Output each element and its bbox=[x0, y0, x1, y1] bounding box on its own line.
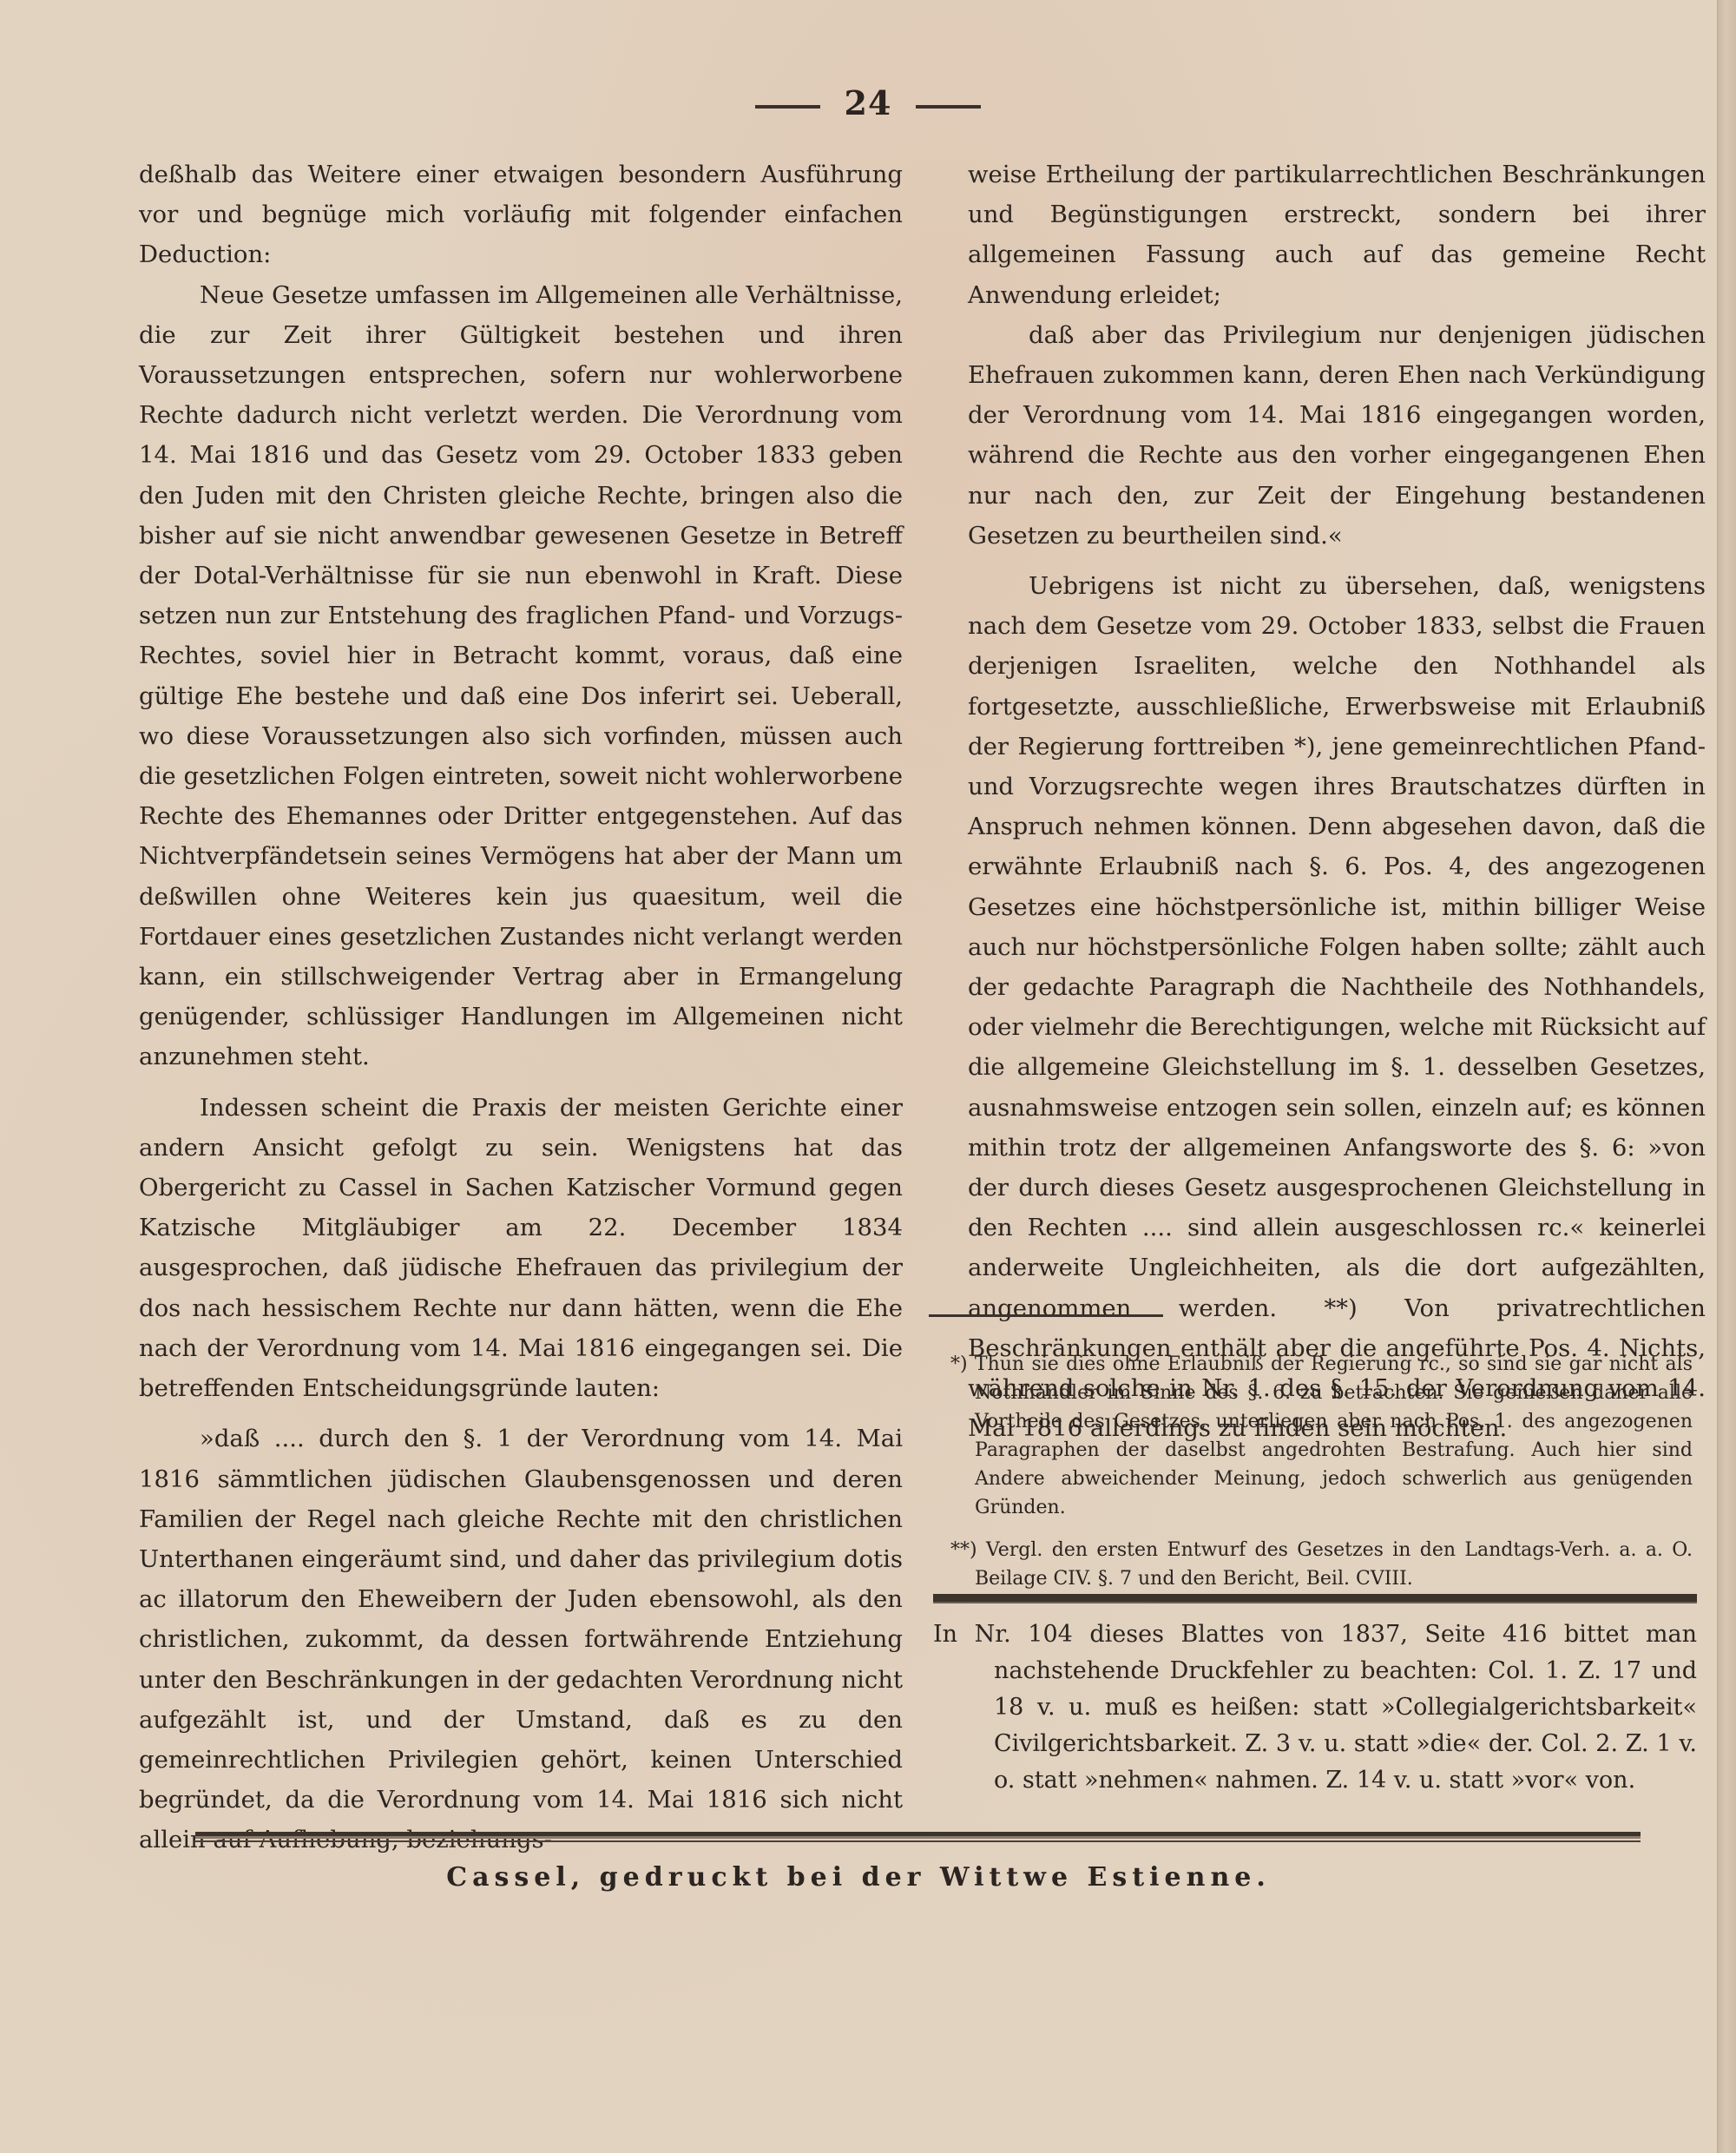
header-rule-right bbox=[916, 105, 981, 109]
footnotes: *) Thun sie dies ohne Erlaubniß der Regi… bbox=[950, 1350, 1693, 1607]
left-column: deßhalb das Weitere einer etwaigen beson… bbox=[139, 155, 903, 1860]
paragraph: Indessen scheint die Praxis der meisten … bbox=[139, 1088, 903, 1409]
page-edge bbox=[1717, 0, 1736, 2153]
quoted-paragraph: »daß .... durch den §. 1 der Verordnung … bbox=[139, 1419, 903, 1860]
right-column: weise Ertheilung der partikularrechtlich… bbox=[968, 155, 1706, 1449]
paragraph: weise Ertheilung der partikularrechtlich… bbox=[968, 155, 1706, 315]
footnote-2: **) Vergl. den ersten Entwurf des Gesetz… bbox=[950, 1536, 1693, 1593]
paragraph: Neue Gesetze umfassen im Allgemeinen all… bbox=[139, 275, 903, 1077]
page-number: 24 bbox=[845, 83, 892, 122]
page-header: 24 bbox=[0, 83, 1736, 122]
errata-rule bbox=[933, 1594, 1697, 1603]
quoted-paragraph: daß aber das Privilegium nur denjenigen … bbox=[968, 315, 1706, 556]
footnote-1: *) Thun sie dies ohne Erlaubniß der Regi… bbox=[950, 1350, 1693, 1522]
errata-notice: In Nr. 104 dieses Blattes von 1837, Seit… bbox=[933, 1616, 1697, 1799]
bottom-double-rule bbox=[195, 1832, 1641, 1839]
newspaper-page: 24 deßhalb das Weitere einer etwaigen be… bbox=[0, 0, 1717, 2153]
header-rule-left bbox=[755, 105, 820, 109]
printer-imprint: Cassel, gedruckt bei der Wittwe Estienne… bbox=[0, 1862, 1717, 1893]
paragraph: deßhalb das Weitere einer etwaigen beson… bbox=[139, 155, 903, 275]
footnote-rule bbox=[929, 1314, 1163, 1317]
errata-text: In Nr. 104 dieses Blattes von 1837, Seit… bbox=[933, 1616, 1697, 1799]
